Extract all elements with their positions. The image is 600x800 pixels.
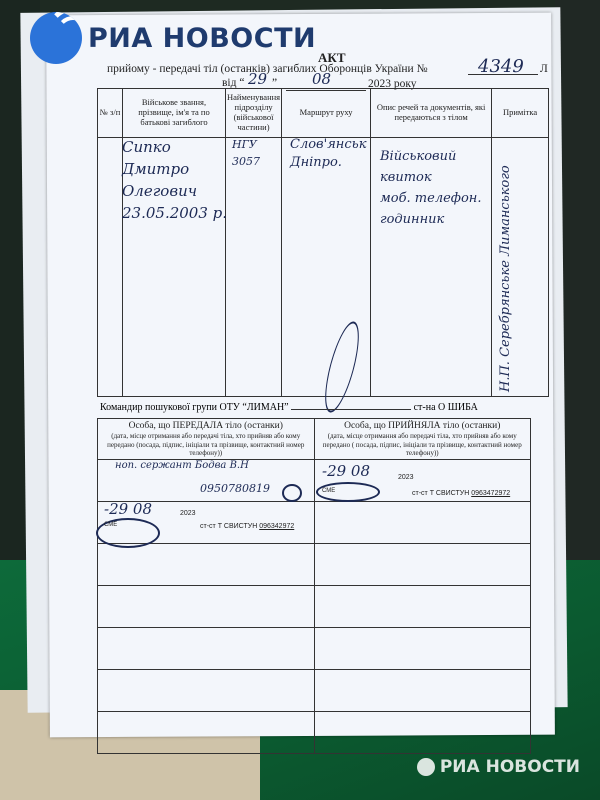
cell	[98, 544, 315, 586]
item-line: моб. телефон.	[380, 188, 482, 209]
ria-watermark: РИА НОВОСТИ	[417, 757, 580, 777]
watermark-text: РИА НОВОСТИ	[440, 757, 580, 777]
cell	[314, 586, 531, 628]
received-year: 2023	[398, 474, 414, 481]
document-subtitle: прийому - передачі тіл (останків) загибл…	[107, 63, 428, 75]
name-line: Сипко	[122, 136, 227, 158]
ria-logo-text: РИА НОВОСТИ	[88, 23, 316, 54]
cell	[98, 712, 315, 754]
header-name: Військове звання, прізвище, ім'я та по б…	[123, 89, 226, 138]
second-signer-name: ст-ст Т СВИСТУН	[200, 523, 257, 530]
cell-number	[98, 138, 123, 397]
passed-header: Особа, що ПЕРЕДАЛА тіло (останки) (дата,…	[98, 419, 315, 460]
item-line: годинник	[380, 209, 482, 230]
passed-title: Особа, що ПЕРЕДАЛА тіло (останки)	[101, 421, 311, 432]
deceased-name: Сипко Дмитро Олегович 23.05.2003 р.	[122, 136, 227, 224]
unit-line: 3057	[232, 153, 260, 170]
received-sme: СМЕ	[322, 488, 335, 494]
received-date: -29 08	[322, 462, 370, 480]
handover-header-row: Особа, що ПЕРЕДАЛА тіло (останки) (дата,…	[98, 419, 531, 460]
cell-route	[282, 138, 371, 397]
cell	[98, 628, 315, 670]
received-desc: (дата, місце отримання або передачі тіла…	[318, 432, 528, 457]
cell	[98, 586, 315, 628]
route-value: Слов'янськ Дніпро.	[290, 136, 366, 172]
received-signer-name: ст-ст Т СВИСТУН	[412, 490, 469, 497]
passed-phone: 0950780819	[200, 482, 270, 495]
passed-handwritten: ноп. сержант Бодва В.Н	[115, 460, 249, 471]
received-signer: ст-ст Т СВИСТУН 0963472972	[412, 490, 510, 497]
cell-unit	[226, 138, 282, 397]
item-line: квиток	[380, 167, 482, 188]
table-row	[98, 670, 531, 712]
birth-date: 23.05.2003 р.	[122, 202, 227, 224]
header-items: Опис речей та документів, які передаютьс…	[371, 89, 492, 138]
commander-label: Командир пошукової групи ОТУ “ЛИМАН”	[100, 402, 289, 413]
ria-globe-icon	[417, 758, 435, 776]
cell	[314, 628, 531, 670]
table-row	[98, 628, 531, 670]
signature-line	[291, 409, 411, 410]
commander-rank: ст-на О ШИБА	[414, 402, 478, 413]
received-header: Особа, що ПРИЙНЯЛА тіло (останки) (дата,…	[314, 419, 531, 460]
cell	[314, 712, 531, 754]
second-signer: ст-ст Т СВИСТУН 096342972	[200, 523, 294, 530]
ria-logo: РИА НОВОСТИ	[30, 12, 316, 64]
name-line: Олегович	[122, 180, 227, 202]
second-year: 2023	[180, 510, 196, 517]
commander-line: Командир пошукової групи ОТУ “ЛИМАН” ст-…	[100, 402, 478, 413]
header-number: № з/п	[98, 89, 123, 138]
date-month: 08	[312, 70, 331, 88]
header-unit: Найменування підрозділу (військової част…	[226, 89, 282, 138]
table-row	[98, 586, 531, 628]
date-day: 29	[248, 70, 267, 88]
table-row	[98, 544, 531, 586]
route-line: Дніпро.	[290, 154, 366, 172]
second-sme: СМЕ	[104, 522, 117, 528]
items-value: Військовий квиток моб. телефон. годинник	[380, 146, 482, 230]
item-line: Військовий	[380, 146, 482, 167]
table-row	[98, 502, 531, 544]
cell	[314, 670, 531, 712]
received-title: Особа, що ПРИЙНЯЛА тіло (останки)	[318, 421, 528, 432]
ria-globe-icon	[30, 12, 82, 64]
unit-line: НГУ	[232, 136, 260, 153]
passed-signature	[282, 484, 302, 502]
second-date: -29 08	[104, 500, 152, 518]
second-signer-phone: 096342972	[259, 523, 294, 530]
act-suffix: Л	[540, 63, 548, 75]
cell	[314, 544, 531, 586]
route-line: Слов'янськ	[290, 136, 366, 154]
passed-desc: (дата, місце отримання або передачі тіла…	[101, 432, 311, 457]
header-note: Примітка	[492, 89, 549, 138]
act-number: 4349	[478, 56, 524, 77]
main-table: № з/п Військове звання, прізвище, ім'я т…	[97, 88, 549, 397]
unit-value: НГУ 3057	[232, 136, 260, 170]
received-signer-phone: 0963472972	[471, 490, 510, 497]
table-row	[98, 712, 531, 754]
note-value: Н.П. Серебрянське Лиманського	[498, 152, 513, 392]
cell	[314, 502, 531, 544]
name-line: Дмитро	[122, 158, 227, 180]
table-header-row: № з/п Військове звання, прізвище, ім'я т…	[98, 89, 549, 138]
cell	[98, 670, 315, 712]
header-route: Маршрут руху	[282, 89, 371, 138]
